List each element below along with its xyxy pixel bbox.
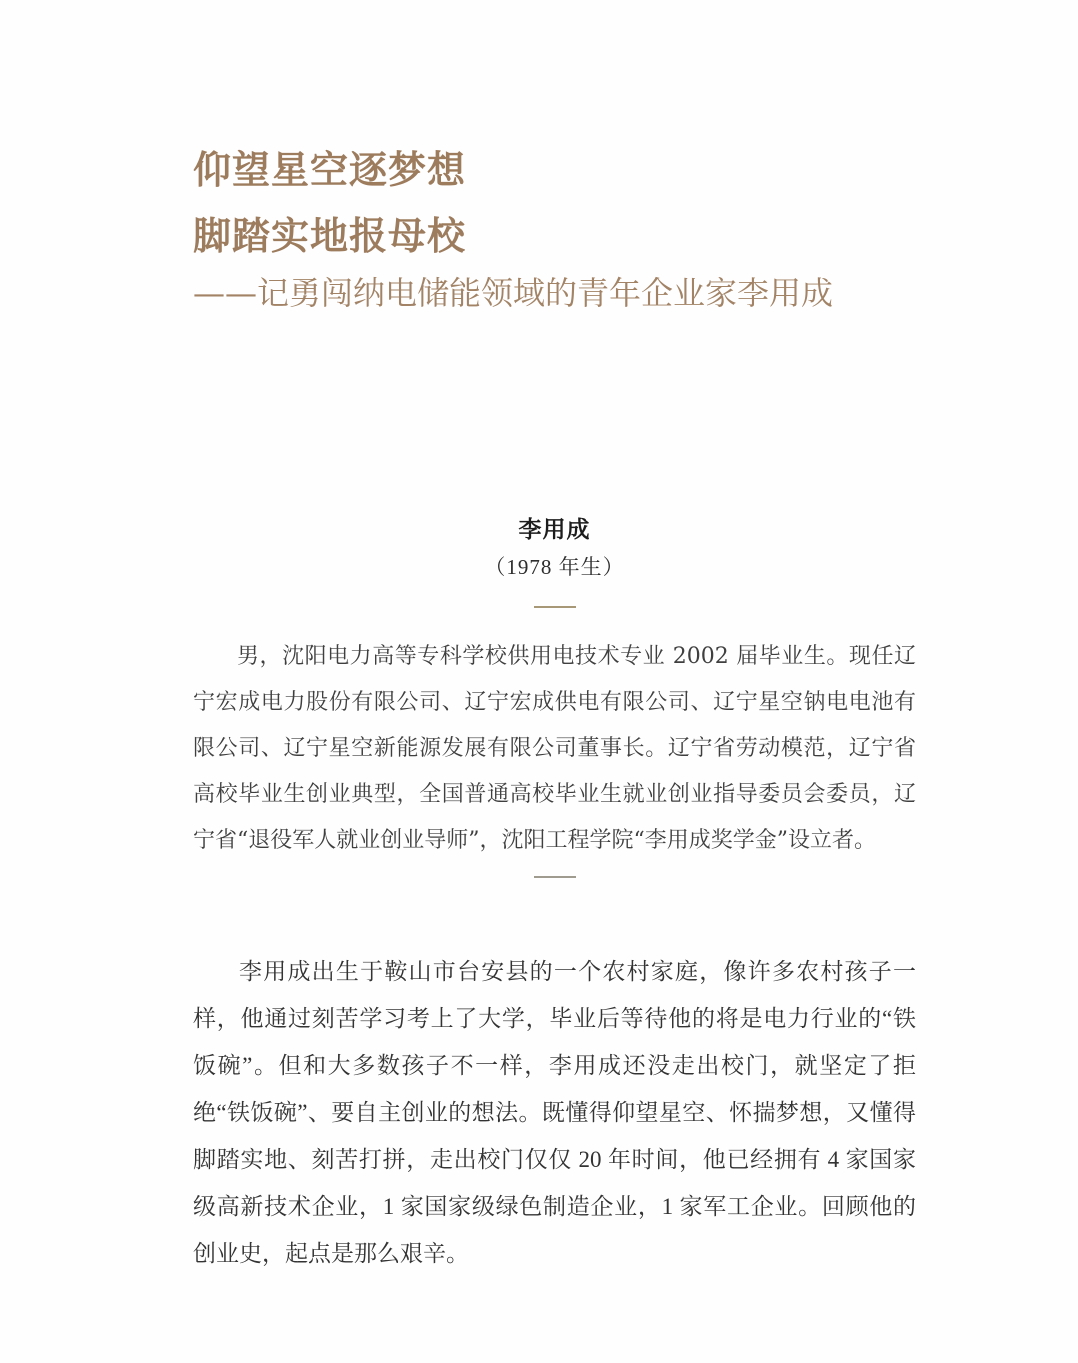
profile-bio-paragraph: 男，沈阳电力高等专科学校供用电技术专业 2002 届毕业生。现任辽宁宏成电力股份…: [193, 634, 916, 864]
divider-rule: [534, 606, 576, 608]
person-name: 李用成: [193, 511, 916, 544]
person-birth-year: （1978 年生）: [193, 551, 916, 581]
chapter-title: 仰望星空逐梦想 脚踏实地报母校: [193, 138, 916, 270]
chapter-subtitle: ——记勇闯纳电储能领域的青年企业家李用成: [193, 271, 916, 315]
chapter-title-line-1: 仰望星空逐梦想: [193, 138, 916, 204]
divider-rule: [534, 876, 576, 878]
chapter-title-line-2: 脚踏实地报母校: [193, 204, 916, 270]
section-divider-top: [193, 606, 916, 608]
body-paragraph: 李用成出生于鞍山市台安县的一个农村家庭，像许多农村孩子一样，他通过刻苦学习考上了…: [193, 948, 916, 1277]
book-page: 仰望星空逐梦想 脚踏实地报母校 ——记勇闯纳电储能领域的青年企业家李用成 李用成…: [0, 0, 1078, 1363]
section-divider-bottom: [193, 876, 916, 878]
